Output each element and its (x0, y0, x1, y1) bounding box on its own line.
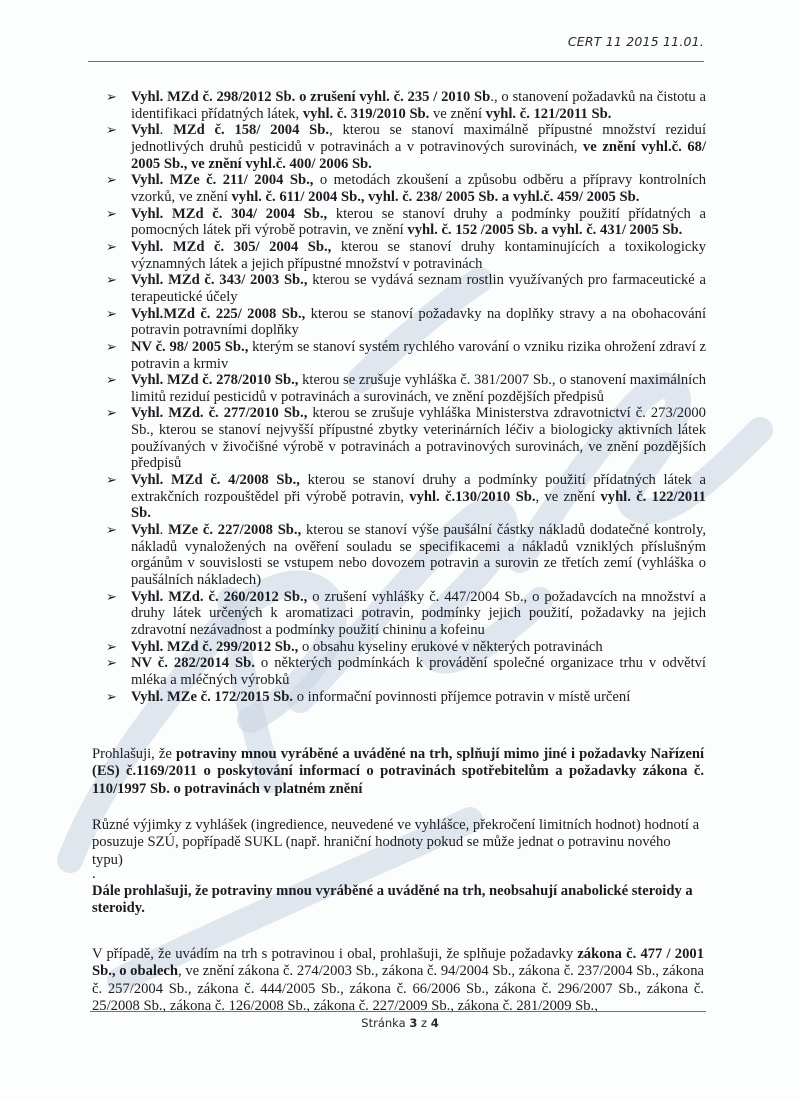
list-item: ➢Vyhl. MZd č. 343/ 2003 Sb., kterou se v… (106, 272, 706, 305)
text-run: V případě, že uvádím na trh s potravinou… (92, 946, 577, 962)
page-label: Stránka (361, 1016, 405, 1030)
bold-text-run: Vyhl. MZe č. 172/2015 Sb. (131, 689, 293, 705)
list-item-text: Vyhl. MZd č. 305/ 2004 Sb., kterou se st… (131, 239, 706, 272)
list-item: ➢Vyhl.MZd č. 225/ 2008 Sb., kterou se st… (106, 306, 706, 339)
footer-divider (90, 1011, 706, 1012)
bold-text-run: NV č. 282/2014 Sb. (131, 655, 255, 671)
list-item: ➢Vyhl. MZd č. 158/ 2004 Sb., kterou se s… (106, 122, 706, 172)
list-item-text: Vyhl. MZd č. 299/2012 Sb., o obsahu kyse… (131, 639, 603, 655)
list-item: ➢Vyhl. MZe č. 227/2008 Sb., kterou se st… (106, 522, 706, 589)
current-page: 3 (409, 1016, 417, 1030)
bold-text-run: Vyhl. MZd č. 343/ 2003 Sb., (131, 272, 307, 288)
arrow-bullet-icon: ➢ (106, 522, 117, 539)
steroids-declaration-paragraph: Dále prohlašuji, že potraviny mnou vyráb… (92, 883, 704, 918)
bold-text-run: NV č. 98/ 2005 Sb., (131, 339, 248, 355)
bold-text-run: Vyhl (131, 522, 160, 538)
bold-text-run: vyhl. č.130/2010 Sb. (409, 489, 535, 505)
text-run: ve znění (429, 106, 485, 122)
arrow-bullet-icon: ➢ (106, 339, 117, 356)
list-item: ➢Vyhl. MZd č. 4/2008 Sb., kterou se stan… (106, 472, 706, 522)
bold-text-run: Vyhl.MZd č. 225/ 2008 Sb., (131, 306, 305, 322)
list-item: ➢NV č. 98/ 2005 Sb., kterým se stanoví s… (106, 339, 706, 372)
list-item: ➢Vyhl. MZd č. 278/2010 Sb., kterou se zr… (106, 372, 706, 405)
list-item-text: Vyhl. MZe č. 211/ 2004 Sb., o metodách z… (131, 172, 706, 205)
bold-text-run: Vyhl. MZd. č. 277/2010 Sb., (131, 405, 307, 421)
text-run: . (160, 522, 168, 538)
arrow-bullet-icon: ➢ (106, 639, 117, 656)
list-item-text: Vyhl. MZd č. 343/ 2003 Sb., kterou se vy… (131, 272, 706, 305)
text-run: , ve znění (535, 489, 600, 505)
arrow-bullet-icon: ➢ (106, 372, 117, 389)
list-item-text: Vyhl. MZd. č. 277/2010 Sb., kterou se zr… (131, 405, 706, 471)
bold-text-run: vyhl. č. 319/2010 Sb. (303, 106, 430, 122)
arrow-bullet-icon: ➢ (106, 206, 117, 223)
page-number: Stránka 3 z 4 (0, 1016, 800, 1030)
arrow-bullet-icon: ➢ (106, 239, 117, 256)
arrow-bullet-icon: ➢ (106, 306, 117, 323)
bold-text-run: Vyhl. MZd č. 298/2012 Sb. o zrušení vyhl… (131, 89, 490, 105)
bold-text-run: Dále prohlašuji, že potraviny mnou vyráb… (92, 883, 693, 917)
list-item: ➢Vyhl. MZd. č. 260/2012 Sb., o zrušení v… (106, 589, 706, 639)
labeling-declaration-paragraph: Prohlašuji, že potraviny mnou vyráběné a… (92, 746, 704, 799)
packaging-declaration-paragraph: V případě, že uvádím na trh s potravinou… (92, 946, 704, 1016)
list-item-text: Vyhl. MZd. č. 260/2012 Sb., o zrušení vy… (131, 589, 706, 638)
text-run: o informační povinnosti příjemce potravi… (293, 689, 630, 705)
total-pages: 4 (431, 1016, 439, 1030)
arrow-bullet-icon: ➢ (106, 122, 117, 139)
arrow-bullet-icon: ➢ (106, 689, 117, 706)
list-item: ➢Vyhl. MZd č. 298/2012 Sb. o zrušení vyh… (106, 89, 706, 122)
arrow-bullet-icon: ➢ (106, 589, 117, 606)
bold-text-run: Vyhl. MZd. č. 260/2012 Sb., (131, 589, 307, 605)
bold-text-run: Vyhl. MZd č. 305/ 2004 Sb., (131, 239, 331, 255)
document-reference-code: CERT 11 2015 11.01. (568, 34, 704, 49)
list-item: ➢Vyhl. MZe č. 211/ 2004 Sb., o metodách … (106, 172, 706, 205)
list-item: ➢Vyhl. MZd č. 299/2012 Sb., o obsahu kys… (106, 639, 706, 656)
arrow-bullet-icon: ➢ (106, 272, 117, 289)
list-item-text: Vyhl. MZd č. 304/ 2004 Sb., kterou se st… (131, 206, 706, 239)
arrow-bullet-icon: ➢ (106, 89, 117, 106)
list-item-text: Vyhl. MZd č. 298/2012 Sb. o zrušení vyhl… (131, 89, 706, 122)
bold-text-run: MZd č. 158/ 2004 Sb. (173, 122, 329, 138)
arrow-bullet-icon: ➢ (106, 405, 117, 422)
bold-text-run: Vyhl (131, 122, 160, 138)
list-item-text: NV č. 98/ 2005 Sb., kterým se stanoví sy… (131, 339, 706, 372)
list-item: ➢Vyhl. MZd č. 304/ 2004 Sb., kterou se s… (106, 206, 706, 239)
list-item-text: Vyhl. MZd č. 4/2008 Sb., kterou se stano… (131, 472, 706, 521)
bold-text-run: Vyhl. MZd č. 4/2008 Sb., (131, 472, 300, 488)
arrow-bullet-icon: ➢ (106, 172, 117, 189)
bold-text-run: Vyhl. MZd č. 299/2012 Sb., (131, 639, 298, 655)
bold-text-run: Vyhl. MZd č. 278/2010 Sb., (131, 372, 298, 388)
list-item: ➢Vyhl. MZe č. 172/2015 Sb. o informační … (106, 689, 706, 706)
separator-dot: . (92, 866, 704, 884)
bold-text-run: vyhl. č. 121/2011 Sb. (486, 106, 612, 122)
list-item: ➢Vyhl. MZd č. 305/ 2004 Sb., kterou se s… (106, 239, 706, 272)
exceptions-paragraph: Různé výjimky z vyhlášek (ingredience, n… (92, 817, 704, 870)
bold-text-run: vyhl. č. 152 /2005 Sb. a vyhl. č. 431/ 2… (407, 222, 682, 238)
list-item: ➢NV č. 282/2014 Sb. o některých podmínká… (106, 655, 706, 688)
arrow-bullet-icon: ➢ (106, 472, 117, 489)
list-item-text: Vyhl. MZe č. 172/2015 Sb. o informační p… (131, 689, 630, 705)
text-run: Různé výjimky z vyhlášek (ingredience, n… (92, 817, 699, 868)
text-run: . (160, 122, 173, 138)
legislation-list: ➢Vyhl. MZd č. 298/2012 Sb. o zrušení vyh… (106, 89, 706, 705)
bold-text-run: Vyhl. MZe č. 211/ 2004 Sb., (131, 172, 313, 188)
bold-text-run: Vyhl. MZd č. 304/ 2004 Sb., (131, 206, 327, 222)
list-item-text: Vyhl. MZe č. 227/2008 Sb., kterou se sta… (131, 522, 706, 588)
header-divider (88, 61, 704, 62)
list-item-text: Vyhl.MZd č. 225/ 2008 Sb., kterou se sta… (131, 306, 706, 339)
list-item-text: Vyhl. MZd č. 278/2010 Sb., kterou se zru… (131, 372, 706, 405)
bold-text-run: potraviny mnou vyráběné a uváděné na trh… (92, 746, 704, 797)
text-run: , ve znění zákona č. 274/2003 Sb., zákon… (92, 963, 704, 1014)
list-item-text: Vyhl. MZd č. 158/ 2004 Sb., kterou se st… (131, 122, 706, 171)
text-run: o obsahu kyseliny erukové v některých po… (298, 639, 602, 655)
list-item-text: NV č. 282/2014 Sb. o některých podmínkác… (131, 655, 706, 688)
bold-text-run: vyhl. č. 611/ 2004 Sb., vyhl. č. 238/ 20… (232, 189, 640, 205)
arrow-bullet-icon: ➢ (106, 655, 117, 672)
text-run: Prohlašuji, že (92, 746, 176, 762)
list-item: ➢Vyhl. MZd. č. 277/2010 Sb., kterou se z… (106, 405, 706, 472)
bold-text-run: MZe č. 227/2008 Sb., (168, 522, 301, 538)
of-label: z (421, 1016, 427, 1030)
